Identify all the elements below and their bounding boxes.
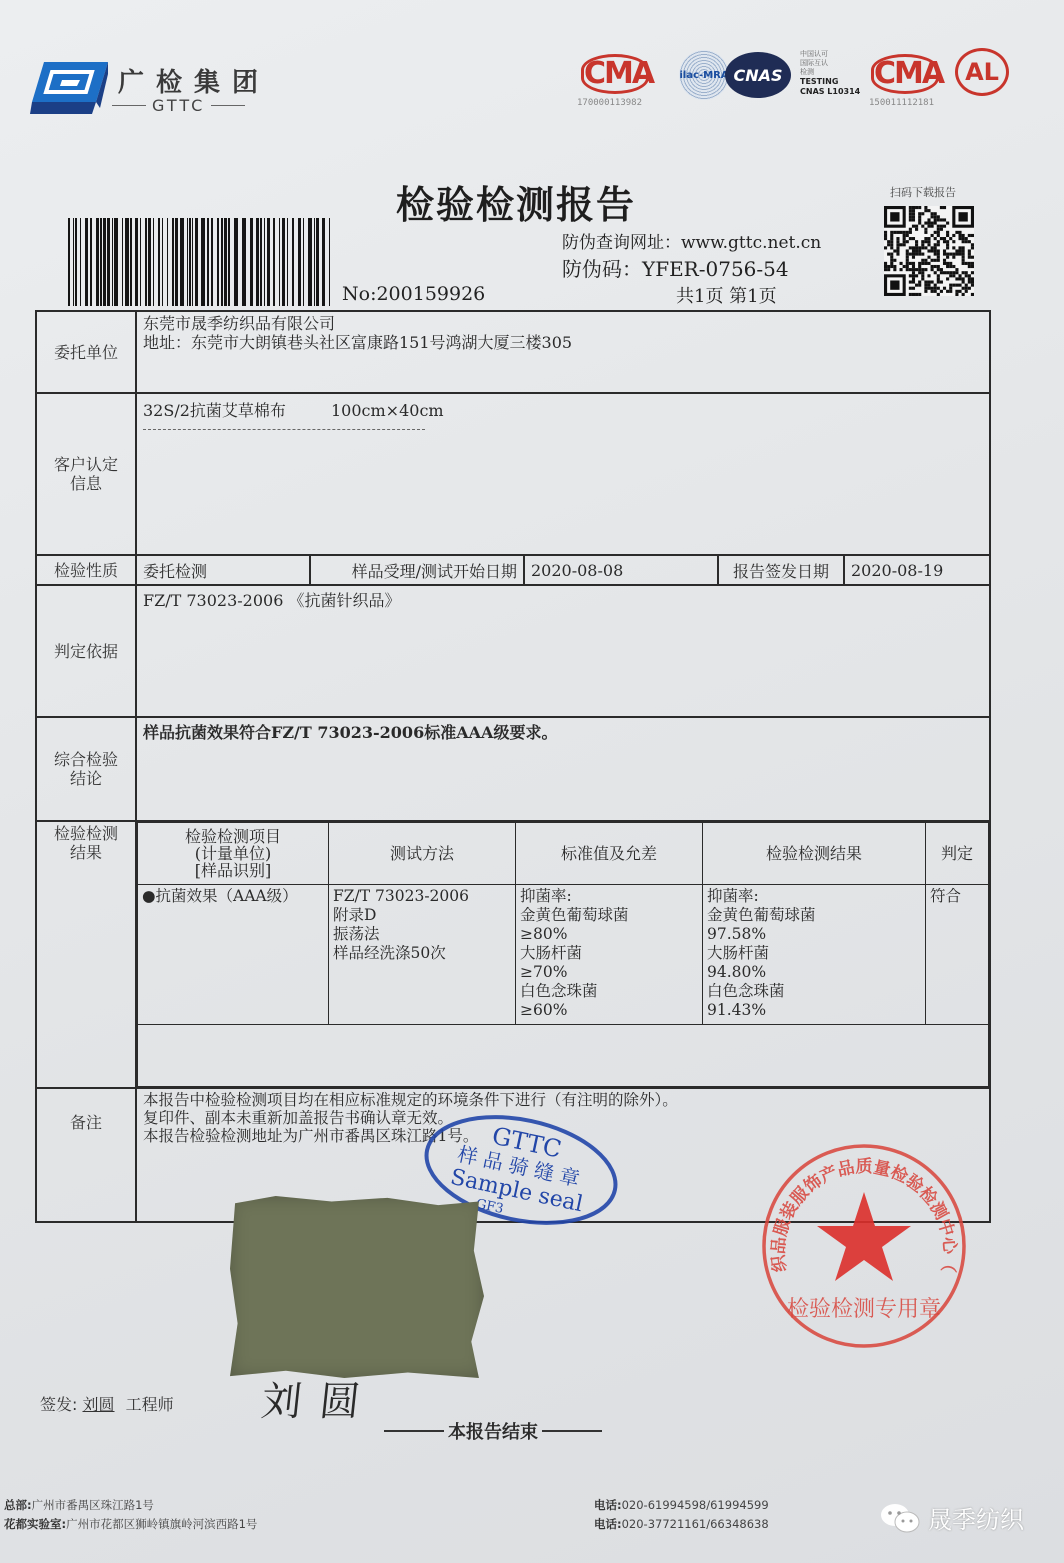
- cma-number: 170000113982: [577, 98, 642, 108]
- client-row: 委托单位 东莞市晟季纺织品有限公司 地址：东莞市大朗镇巷头社区富康路151号鸿湖…: [36, 311, 990, 393]
- results-table: 检验检测项目 (计量单位) [样品识别] 测试方法 标准值及允差 检验检测结果 …: [137, 822, 989, 1087]
- client-address: 地址：东莞市大朗镇巷头社区富康路151号鸿湖大厦三楼305: [143, 333, 983, 352]
- result-standard: 抑菌率:金黄色葡萄球菌≥80%大肠杆菌≥70%白色念珠菌≥60%: [516, 885, 703, 1025]
- report-table: 委托单位 东莞市晟季纺织品有限公司 地址：东莞市大朗镇巷头社区富康路151号鸿湖…: [35, 310, 991, 1223]
- customer-info-row: 客户认定信息 32S/2抗菌艾草棉布 100cm×40cm: [36, 393, 990, 555]
- sample-name: 32S/2抗菌艾草棉布: [143, 401, 286, 420]
- issue-date-value: 2020-08-19: [844, 555, 990, 585]
- inspection-seal-stamp: 国家纺织品服装服饰产品质量检验检测中心（广州） 检验检测专用章: [756, 1140, 972, 1350]
- client-cell: 东莞市晟季纺织品有限公司 地址：东莞市大朗镇巷头社区富康路151号鸿湖大厦三楼3…: [136, 311, 990, 393]
- remark-line: 本报告中检验检测项目均在相应标准规定的环境条件下进行（有注明的除外）。: [143, 1091, 983, 1109]
- nature-label: 检验性质: [36, 555, 136, 585]
- nature-value: 委托检测: [136, 555, 310, 585]
- signer-name: 刘圆: [83, 1395, 115, 1414]
- lab-address: 花都实验室:广州市花都区狮岭镇旗岭河滨西路1号: [4, 1516, 257, 1532]
- ilac-mra-icon: ilac-MRA: [679, 50, 729, 100]
- report-number: No:200159926: [342, 283, 485, 305]
- qr-label: 扫码下载报告: [890, 184, 956, 200]
- col-result: 检验检测结果: [703, 823, 926, 885]
- cal-mark-icon: AL: [955, 48, 1009, 96]
- customer-info-label: 客户认定信息: [36, 393, 136, 555]
- report-title: 检验检测报告: [396, 174, 636, 229]
- issue-date-label: 报告签发日期: [718, 555, 844, 585]
- conclusion-label: 综合检验结论: [36, 717, 136, 821]
- page-count: 共1页 第1页: [676, 282, 777, 308]
- results-row: 检验检测结果 检验检测项目 (计量单位) [样品识别] 测试方法 标准值及允差 …: [36, 821, 990, 1088]
- client-label: 委托单位: [36, 311, 136, 393]
- conclusion-value: 样品抗菌效果符合FZ/T 73023-2006标准AAA级要求。: [136, 717, 990, 821]
- col-standard: 标准值及允差: [516, 823, 703, 885]
- org-name-cn: 广检集团: [118, 62, 270, 99]
- result-item: ●抗菌效果（AAA级）: [138, 885, 329, 1025]
- svg-text:检验检测专用章: 检验检测专用章: [787, 1297, 941, 1322]
- cnas-caption: 中国认可 国际互认 检测 TESTING CNAS L10314: [800, 50, 860, 97]
- client-name: 东莞市晟季纺织品有限公司: [143, 314, 983, 333]
- inspection-row: 检验性质 委托检测 样品受理/测试开始日期 2020-08-08 报告签发日期 …: [36, 555, 990, 585]
- results-label: 检验检测结果: [36, 821, 136, 1088]
- hq-address: 总部:广州市番禺区珠江路1号: [4, 1497, 154, 1513]
- results-cell: 检验检测项目 (计量单位) [样品识别] 测试方法 标准值及允差 检验检测结果 …: [136, 821, 990, 1088]
- certification-logos: CMA 170000113982 ilac-MRA CNAS 中国认可 国际互认…: [575, 48, 1025, 110]
- basis-label: 判定依据: [36, 585, 136, 717]
- antifake-url: 防伪查询网址：www.gttc.net.cn: [562, 228, 821, 253]
- gttc-logo-icon: [30, 62, 108, 114]
- cnas-icon: CNAS: [725, 52, 791, 98]
- empty-row: [138, 1025, 989, 1087]
- cma-number-2: 150011112181: [869, 98, 934, 108]
- cma-mark-icon: CMA: [581, 54, 649, 94]
- report-end: 本报告结束: [384, 1418, 602, 1444]
- barcode-icon: [66, 218, 336, 306]
- basis-value: FZ/T 73023-2006 《抗菌针织品》: [136, 585, 990, 717]
- basis-row: 判定依据 FZ/T 73023-2006 《抗菌针织品》: [36, 585, 990, 717]
- hq-phone: 电话:020-61994598/61994599: [594, 1497, 769, 1513]
- org-name-en: GTTC: [112, 96, 245, 115]
- result-value: 抑菌率:金黄色葡萄球菌97.58%大肠杆菌94.80%白色念珠菌91.43%: [703, 885, 926, 1025]
- wechat-icon: [880, 1502, 920, 1534]
- customer-info-cell: 32S/2抗菌艾草棉布 100cm×40cm: [136, 393, 990, 555]
- lab-phone: 电话:020-37721161/66348638: [594, 1516, 769, 1532]
- divider: [143, 429, 425, 430]
- qr-code-icon[interactable]: [884, 206, 974, 296]
- signer: 签发: 刘圆 工程师: [40, 1392, 174, 1415]
- fabric-sample-swatch: [230, 1196, 484, 1378]
- antifake-code: 防伪码：YFER-0756-54: [562, 253, 789, 282]
- sample-size: 100cm×40cm: [331, 401, 444, 420]
- wechat-watermark: 晟季纺织: [880, 1500, 1024, 1535]
- handwritten-signature: 刘圆: [259, 1370, 381, 1427]
- remarks-label: 备注: [36, 1088, 136, 1222]
- result-verdict: 符合: [926, 885, 989, 1025]
- receive-date-label: 样品受理/测试开始日期: [310, 555, 524, 585]
- col-method: 测试方法: [329, 823, 516, 885]
- signer-title: 工程师: [126, 1395, 174, 1414]
- cma-mark-icon-2: CMA: [871, 54, 939, 94]
- col-item: 检验检测项目 (计量单位) [样品识别]: [138, 823, 329, 885]
- table-row: ●抗菌效果（AAA级） FZ/T 73023-2006附录D振荡法样品经洗涤50…: [138, 885, 989, 1025]
- results-header: 检验检测项目 (计量单位) [样品识别] 测试方法 标准值及允差 检验检测结果 …: [138, 823, 989, 885]
- conclusion-row: 综合检验结论 样品抗菌效果符合FZ/T 73023-2006标准AAA级要求。: [36, 717, 990, 821]
- result-method: FZ/T 73023-2006附录D振荡法样品经洗涤50次: [329, 885, 516, 1025]
- receive-date-value: 2020-08-08: [524, 555, 718, 585]
- col-verdict: 判定: [926, 823, 989, 885]
